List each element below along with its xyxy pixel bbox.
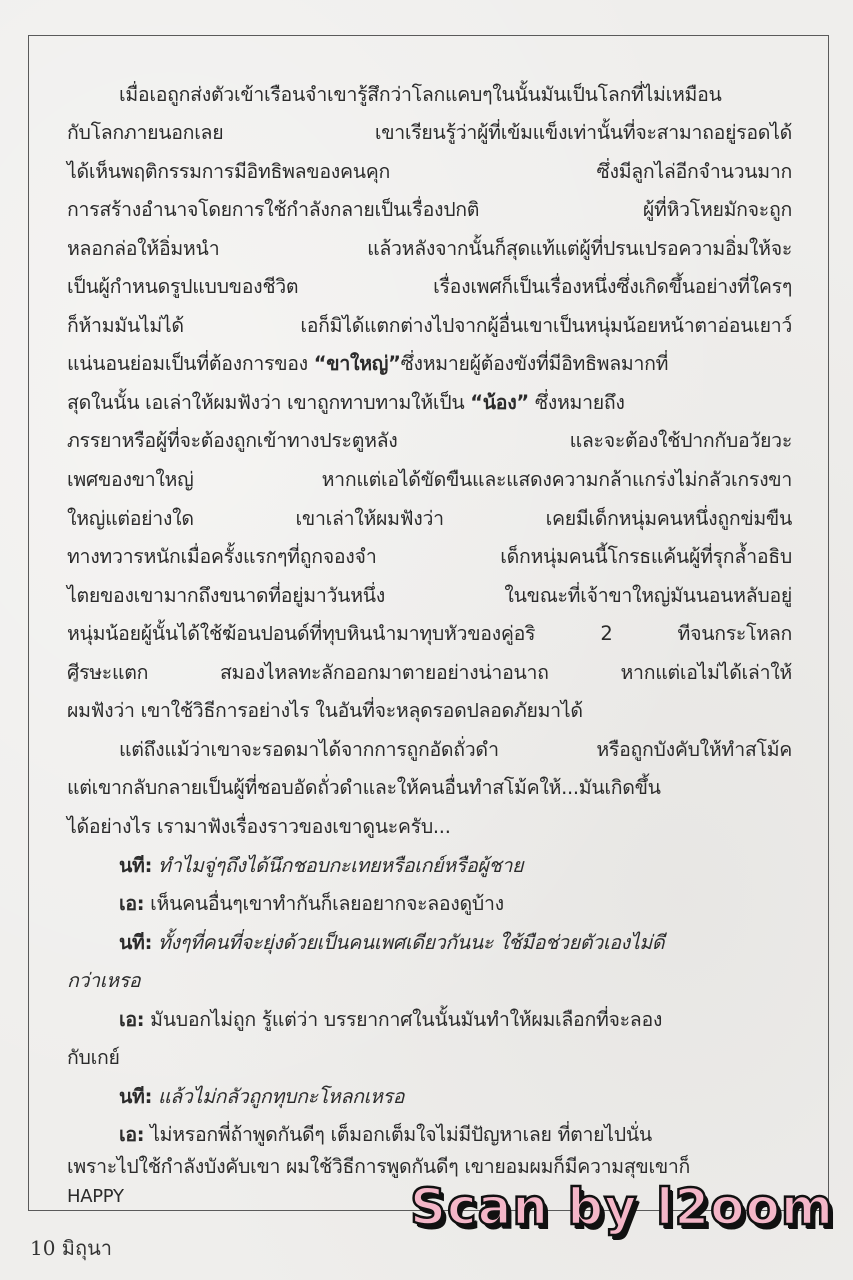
text-line: แน่นอนย่อมเป็นที่ต้องการของ “ขาใหญ่”ซึ่ง… [67,345,792,383]
text-segment: ซึ่งหมายผู้ต้องขังที่มีอิทธิพลมากที่ [401,352,669,375]
interview-question: นที: ทั้งๆที่คนที่จะยุ่งด้วยเป็นคนเพศเดี… [119,924,792,962]
text-segment: ซึ่งหมายถึง [529,391,625,414]
interview-answer: เอ: เห็นคนอื่นๆเขาทำกันก็เลยอยากจะลองดูบ… [119,885,792,923]
text-line: กับโลกภายนอกเลย เขาเรียนรู้ว่าผู้ที่เข้ม… [67,114,792,152]
page-number-footer: 10 มิถุนา [30,1232,112,1264]
question-text: ทำไมจู่ๆถึงได้นึกชอบกะเทยหรือเกย์หรือผู้… [152,854,523,877]
text-line: เป็นผู้กำหนดรูปแบบของชีวิต เรื่องเพศก็เป… [67,268,792,306]
text-line: ได้เห็นพฤติกรรมการมีอิทธิพลของคนคุก ซึ่ง… [67,153,792,191]
text-line: การสร้างอำนาจโดยการใช้กำลังกลายเป็นเรื่อ… [67,191,792,229]
text-line: แต่เขากลับกลายเป็นผู้ที่ชอบอัดถั่วดำและใ… [67,769,792,807]
answer-text: ไม่หรอกพี่ถ้าพูดกันดีๆ เต็มอกเต็มใจไม่มี… [144,1123,652,1146]
text-line: ทางทวารหนักเมื่อครั้งแรกๆที่ถูกจองจำ เด็… [67,538,792,576]
answer-text: เห็นคนอื่นๆเขาทำกันก็เลยอยากจะลองดูบ้าง [144,892,504,915]
text-line: ผมฟังว่า เขาใช้วิธีการอย่างไร ในอันที่จะ… [67,692,792,730]
text-line: ภรรยาหรือผู้ที่จะต้องถูกเข้าทางประตูหลัง… [67,422,792,460]
text-line: ไตยของเขามากถึงขนาดที่อยู่มาวันหนึ่ง ในข… [67,577,792,615]
interview-question: นที: ทำไมจู่ๆถึงได้นึกชอบกะเทยหรือเกย์หร… [119,847,792,885]
scan-speck [73,678,78,682]
question-text: แล้วไม่กลัวถูกทุบกะโหลกเหรอ [152,1085,404,1108]
text-segment: แน่นอนย่อมเป็นที่ต้องการของ [67,352,314,375]
text-line: แต่ถึงแม้ว่าเขาจะรอดมาได้จากการถูกอัดถั่… [119,731,792,769]
text-line: ใหญ่แต่อย่างใด เขาเล่าให้ผมฟังว่า เคยมีเ… [67,500,792,538]
speaker-label: นที: [119,1085,152,1108]
interview-question: นที: แล้วไม่กลัวถูกทุบกะโหลกเหรอ [119,1078,792,1116]
answer-text: มันบอกไม่ถูก รู้แต่ว่า บรรยากาศในนั้นมัน… [144,1008,662,1031]
speaker-label: เอ: [119,892,144,915]
scan-watermark: Scan by l2oom [410,1178,834,1236]
question-continuation: กว่าเหรอ [67,962,792,1000]
text-line: หนุ่มน้อยผู้นั้นได้ใช้ฆ้อนปอนด์ที่ทุบหิน… [67,615,792,653]
text-line: ก็ห้ามมันไม่ได้ เอก็มิได้แตกต่างไปจากผู้… [67,307,792,345]
speaker-label: นที: [119,854,152,877]
text-line: ได้อย่างไร เรามาฟังเรื่องราวของเขาดูนะคร… [67,808,792,846]
emphasized-term: “น้อง” [470,391,529,414]
text-segment: สุดในนั้น เอเล่าให้ผมฟังว่า เขาถูกทาบทาม… [67,391,470,414]
speaker-label: เอ: [119,1123,144,1146]
text-line: เพศของขาใหญ่ หากแต่เอได้ขัดขืนและแสดงควา… [67,461,792,499]
text-line: สุดในนั้น เอเล่าให้ผมฟังว่า เขาถูกทาบทาม… [67,384,792,422]
emphasized-term: “ขาใหญ่” [314,352,401,375]
speaker-label: เอ: [119,1008,144,1031]
text-line: หลอกล่อให้อิ่มหนำ แล้วหลังจากนั้นก็สุดแท… [67,230,792,268]
text-line: ศีรษะแตก สมองไหลทะลักออกมาตายอย่างน่าอนา… [67,654,792,692]
question-text: ทั้งๆที่คนที่จะยุ่งด้วยเป็นคนเพศเดียวกัน… [152,931,664,954]
interview-answer: เอ: มันบอกไม่ถูก รู้แต่ว่า บรรยากาศในนั้… [119,1001,792,1039]
text-line: เมื่อเอถูกส่งตัวเข้าเรือนจำเขารู้สึกว่าโ… [119,76,792,114]
speaker-label: นที: [119,931,152,954]
answer-continuation: กับเกย์ [67,1039,792,1077]
